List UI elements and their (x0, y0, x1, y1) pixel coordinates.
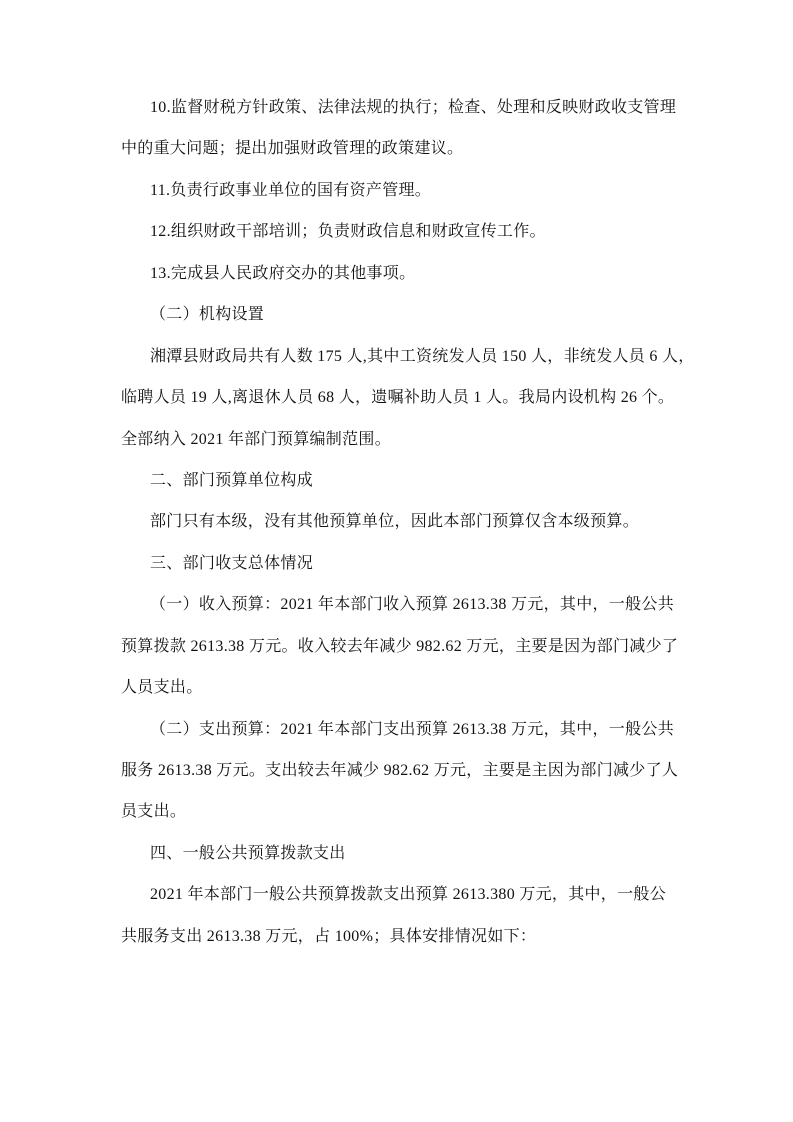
text-line: 部门只有本级，没有其他预算单位，因此本部门预算仅含本级预算。 (121, 501, 673, 542)
text-line: 2021 年本部门一般公共预算拨款支出预算 2613.380 万元，其中，一般公 (121, 874, 673, 915)
heading-general-public: 四、一般公共预算拨款支出 (121, 833, 673, 874)
text-line: 人员支出。 (121, 667, 673, 708)
document-body: 10.监督财税方针政策、法律法规的执行；检查、处理和反映财政收支管理 中的重大问… (121, 87, 673, 957)
paragraph-general-public: 2021 年本部门一般公共预算拨款支出预算 2613.380 万元，其中，一般公… (121, 874, 673, 957)
document-page: 10.监督财税方针政策、法律法规的执行；检查、处理和反映财政收支管理 中的重大问… (0, 0, 793, 1122)
paragraph-income-budget: （一）收入预算：2021 年本部门收入预算 2613.38 万元，其中，一般公共… (121, 584, 673, 708)
text-line: 10.监督财税方针政策、法律法规的执行；检查、处理和反映财政收支管理 (121, 87, 673, 128)
paragraph-duty-11: 11.负责行政事业单位的国有资产管理。 (121, 170, 673, 211)
section-heading: 四、一般公共预算拨款支出 (121, 833, 673, 874)
text-line: 临聘人员 19 人,离退休人员 68 人，遗嘱补助人员 1 人。我局内设机构 2… (121, 377, 673, 418)
text-line: 湘潭县财政局共有人数 175 人,其中工资统发人员 150 人，非统发人员 6 … (121, 336, 673, 377)
text-line: （二）支出预算：2021 年本部门支出预算 2613.38 万元，其中，一般公共 (121, 709, 673, 750)
heading-org-setup: （二）机构设置 (121, 294, 673, 335)
text-line: 13.完成县人民政府交办的其他事项。 (121, 253, 673, 294)
heading-overall: 三、部门收支总体情况 (121, 543, 673, 584)
paragraph-budget-units: 部门只有本级，没有其他预算单位，因此本部门预算仅含本级预算。 (121, 501, 673, 542)
text-line: 11.负责行政事业单位的国有资产管理。 (121, 170, 673, 211)
text-line: 中的重大问题；提出加强财政管理的政策建议。 (121, 128, 673, 169)
text-line: （一）收入预算：2021 年本部门收入预算 2613.38 万元，其中，一般公共 (121, 584, 673, 625)
text-line: 共服务支出 2613.38 万元，占 100%；具体安排情况如下： (121, 916, 673, 957)
text-line: 员支出。 (121, 791, 673, 832)
section-heading: 二、部门预算单位构成 (121, 460, 673, 501)
paragraph-duty-13: 13.完成县人民政府交办的其他事项。 (121, 253, 673, 294)
text-line: 12.组织财政干部培训；负责财政信息和财政宣传工作。 (121, 211, 673, 252)
text-line: 预算拨款 2613.38 万元。收入较去年减少 982.62 万元，主要是因为部… (121, 626, 673, 667)
paragraph-duty-10: 10.监督财税方针政策、法律法规的执行；检查、处理和反映财政收支管理 中的重大问… (121, 87, 673, 170)
section-heading: 三、部门收支总体情况 (121, 543, 673, 584)
text-line: 全部纳入 2021 年部门预算编制范围。 (121, 419, 673, 460)
section-heading: （二）机构设置 (121, 294, 673, 335)
text-line: 服务 2613.38 万元。支出较去年减少 982.62 万元，主要是主因为部门… (121, 750, 673, 791)
paragraph-expense-budget: （二）支出预算：2021 年本部门支出预算 2613.38 万元，其中，一般公共… (121, 709, 673, 833)
paragraph-duty-12: 12.组织财政干部培训；负责财政信息和财政宣传工作。 (121, 211, 673, 252)
heading-budget-units: 二、部门预算单位构成 (121, 460, 673, 501)
paragraph-org-setup: 湘潭县财政局共有人数 175 人,其中工资统发人员 150 人，非统发人员 6 … (121, 336, 673, 460)
